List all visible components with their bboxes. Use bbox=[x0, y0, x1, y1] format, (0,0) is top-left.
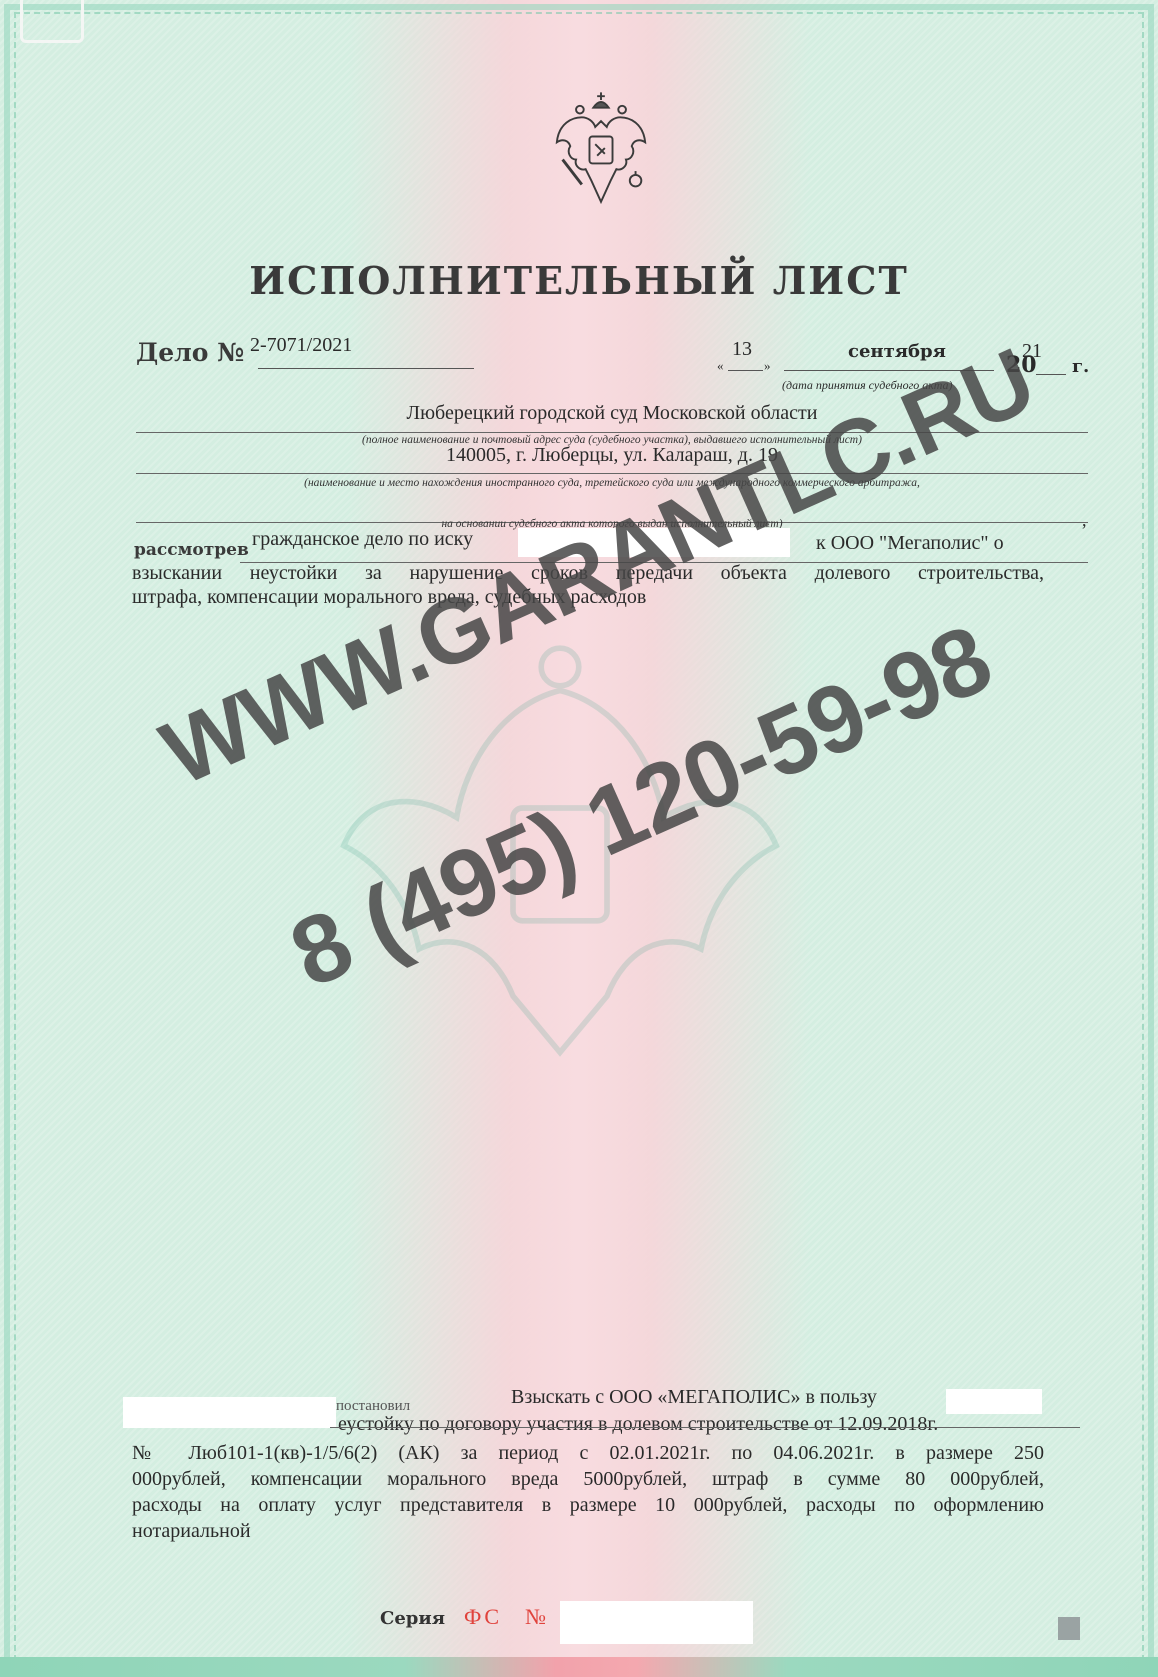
coat-of-arms-icon bbox=[553, 88, 649, 210]
date-month: сентября bbox=[848, 341, 946, 362]
document-title: ИСПОЛНИТЕЛЬНЫЙ ЛИСТ bbox=[0, 258, 1158, 303]
foreign-court-caption: (наименование и место нахождения иностра… bbox=[136, 477, 1088, 489]
bottom-band bbox=[0, 1657, 1158, 1677]
court-address-line bbox=[136, 473, 1088, 474]
date-year-suffix: 21 bbox=[1022, 340, 1042, 363]
date-day-underline bbox=[728, 370, 763, 371]
considered-label: рассмотрев bbox=[134, 540, 249, 560]
redacted-series-number bbox=[560, 1601, 753, 1644]
decision-line-2: № Люб101-1(кв)-1/5/6(2) (АК) за период с… bbox=[132, 1440, 1044, 1466]
series-number-label: № bbox=[525, 1604, 546, 1630]
date-year-underline bbox=[1036, 374, 1066, 375]
decision-line-1: еустойку по договору участия в долевом с… bbox=[338, 1413, 938, 1436]
case-number-underline bbox=[258, 368, 474, 369]
decision-lead: Взыскать с ООО «МЕГАПОЛИС» в пользу bbox=[511, 1386, 877, 1409]
gray-marker bbox=[1058, 1617, 1080, 1640]
date-close-quote: » bbox=[764, 358, 771, 374]
date-day: 13 bbox=[732, 338, 752, 361]
binding-thread bbox=[20, 0, 84, 43]
series-code: ФС bbox=[464, 1604, 502, 1630]
document-paper: ИСПОЛНИТЕЛЬНЫЙ ЛИСТ Дело № 2-7071/2021 «… bbox=[0, 0, 1158, 1677]
series-label: Серия bbox=[380, 1608, 445, 1629]
decision-line-3: 000рублей, компенсации морального вреда … bbox=[132, 1466, 1044, 1492]
considered-defendant: к ООО "Мегаполис" о bbox=[816, 532, 1004, 555]
case-label: Дело № bbox=[136, 338, 244, 367]
case-number: 2-7071/2021 bbox=[250, 334, 352, 357]
date-open-quote: « bbox=[717, 358, 724, 374]
redacted-beneficiary bbox=[946, 1389, 1042, 1414]
considered-lead: гражданское дело по иску bbox=[252, 528, 473, 551]
redacted-beneficiary-name bbox=[123, 1397, 336, 1428]
decision-line-5: нотариальной bbox=[132, 1518, 1044, 1544]
decision-line bbox=[330, 1427, 1080, 1428]
date-year-mark: г. bbox=[1072, 356, 1089, 377]
decision-line-4: расходы на оплату услуг представителя в … bbox=[132, 1492, 1044, 1518]
